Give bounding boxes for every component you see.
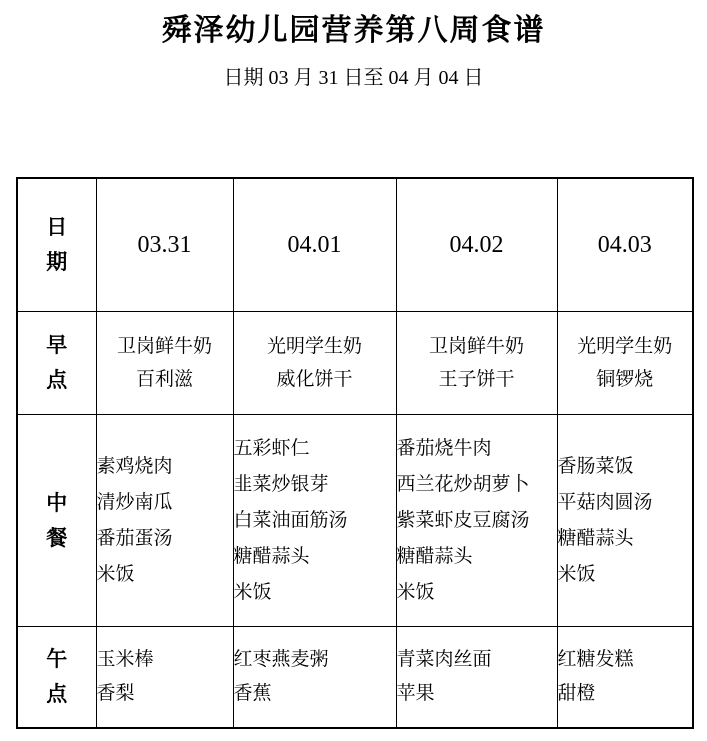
- menu-item: 糖醋蒜头: [558, 521, 693, 557]
- lunch-cell-0401: 五彩虾仁 韭菜炒银芽 白菜油面筋汤 糖醋蒜头 米饭: [233, 415, 396, 627]
- table-row-date: 日期 03.31 04.01 04.02 04.03: [17, 178, 693, 312]
- menu-item: 米饭: [234, 575, 396, 611]
- lunch-cell-0403: 香肠菜饭 平菇肉圆汤 糖醋蒜头 米饭: [557, 415, 693, 627]
- menu-item: 西兰花炒胡萝卜: [397, 467, 557, 503]
- breakfast-cell-0401: 光明学生奶 威化饼干: [233, 312, 396, 415]
- date-cell-0402: 04.02: [396, 178, 557, 312]
- table-row-breakfast: 早点 卫岗鲜牛奶 百利滋 光明学生奶 威化饼干 卫岗鲜牛奶 王子饼干 光明学生奶…: [17, 312, 693, 415]
- page-title: 舜泽幼儿园营养第八周食谱: [0, 0, 707, 49]
- table-row-lunch: 中餐 素鸡烧肉 清炒南瓜 番茄蛋汤 米饭 五彩虾仁 韭菜炒银芽 白菜油面筋汤 糖…: [17, 415, 693, 627]
- menu-item: 光明学生奶: [558, 330, 693, 363]
- row-label-breakfast: 早点: [45, 328, 68, 398]
- menu-item: 卫岗鲜牛奶: [97, 330, 233, 363]
- menu-item: 米饭: [558, 557, 693, 593]
- row-label-snack: 午点: [45, 642, 68, 712]
- menu-item: 百利滋: [97, 363, 233, 396]
- menu-item: 香梨: [97, 677, 233, 711]
- menu-item: 威化饼干: [234, 363, 396, 396]
- menu-table: 日期 03.31 04.01 04.02 04.03 早点 卫岗鲜牛奶 百利滋 …: [16, 177, 694, 729]
- date-cell-0401: 04.01: [233, 178, 396, 312]
- menu-item: 糖醋蒜头: [234, 539, 396, 575]
- menu-item: 五彩虾仁: [234, 431, 396, 467]
- menu-item: 青菜肉丝面: [397, 643, 557, 677]
- snack-cell-0403: 红糖发糕 甜橙: [557, 627, 693, 729]
- menu-item: 米饭: [97, 557, 233, 593]
- menu-item: 糖醋蒜头: [397, 539, 557, 575]
- snack-cell-0331: 玉米棒 香梨: [96, 627, 233, 729]
- breakfast-cell-0331: 卫岗鲜牛奶 百利滋: [96, 312, 233, 415]
- menu-item: 紫菜虾皮豆腐汤: [397, 503, 557, 539]
- row-label-snack-cell: 午点: [17, 627, 96, 729]
- row-label-lunch: 中餐: [45, 486, 68, 556]
- snack-cell-0402: 青菜肉丝面 苹果: [396, 627, 557, 729]
- menu-item: 素鸡烧肉: [97, 449, 233, 485]
- menu-item: 清炒南瓜: [97, 485, 233, 521]
- menu-item: 香肠菜饭: [558, 449, 693, 485]
- date-range-subtitle: 日期 03 月 31 日至 04 月 04 日: [0, 65, 707, 91]
- menu-item: 甜橙: [558, 677, 693, 711]
- table-row-snack: 午点 玉米棒 香梨 红枣燕麦粥 香蕉 青菜肉丝面 苹果 红糖发糕 甜橙: [17, 627, 693, 729]
- menu-item: 玉米棒: [97, 643, 233, 677]
- menu-item: 米饭: [397, 575, 557, 611]
- breakfast-cell-0403: 光明学生奶 铜锣烧: [557, 312, 693, 415]
- row-label-date-cell: 日期: [17, 178, 96, 312]
- menu-item: 香蕉: [234, 677, 396, 711]
- menu-item: 平菇肉圆汤: [558, 485, 693, 521]
- menu-item: 红枣燕麦粥: [234, 643, 396, 677]
- menu-item: 卫岗鲜牛奶: [397, 330, 557, 363]
- menu-item: 王子饼干: [397, 363, 557, 396]
- menu-item: 苹果: [397, 677, 557, 711]
- menu-item: 韭菜炒银芽: [234, 467, 396, 503]
- lunch-cell-0331: 素鸡烧肉 清炒南瓜 番茄蛋汤 米饭: [96, 415, 233, 627]
- menu-item: 白菜油面筋汤: [234, 503, 396, 539]
- menu-item: 铜锣烧: [558, 363, 693, 396]
- menu-document: 舜泽幼儿园营养第八周食谱 日期 03 月 31 日至 04 月 04 日 日期 …: [0, 0, 707, 741]
- breakfast-cell-0402: 卫岗鲜牛奶 王子饼干: [396, 312, 557, 415]
- date-cell-0331: 03.31: [96, 178, 233, 312]
- row-label-lunch-cell: 中餐: [17, 415, 96, 627]
- menu-item: 红糖发糕: [558, 643, 693, 677]
- row-label-breakfast-cell: 早点: [17, 312, 96, 415]
- row-label-date: 日期: [45, 210, 68, 280]
- snack-cell-0401: 红枣燕麦粥 香蕉: [233, 627, 396, 729]
- menu-item: 番茄蛋汤: [97, 521, 233, 557]
- date-cell-0403: 04.03: [557, 178, 693, 312]
- menu-item: 番茄烧牛肉: [397, 431, 557, 467]
- menu-item: 光明学生奶: [234, 330, 396, 363]
- lunch-cell-0402: 番茄烧牛肉 西兰花炒胡萝卜 紫菜虾皮豆腐汤 糖醋蒜头 米饭: [396, 415, 557, 627]
